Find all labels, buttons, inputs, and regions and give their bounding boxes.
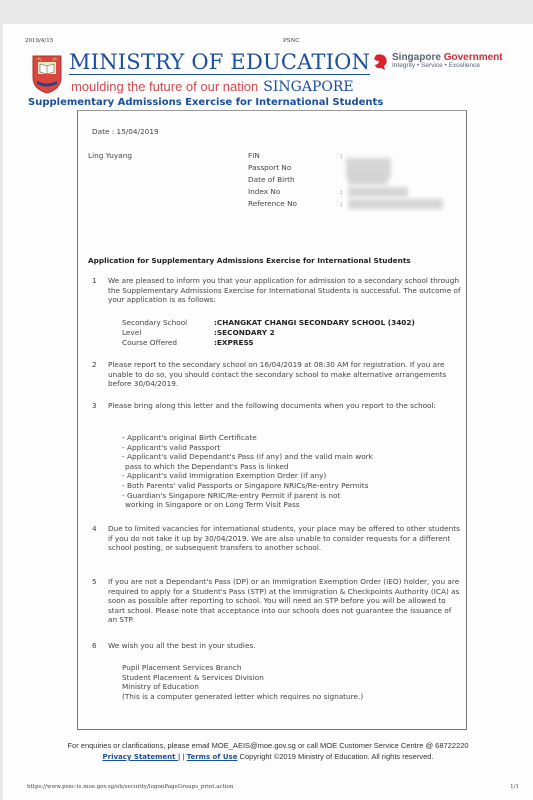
field-index: Index No <box>248 187 297 199</box>
copyright-text: Copyright ©2019 Ministry of Education. A… <box>240 752 434 761</box>
merlion-icon <box>373 53 389 71</box>
outcome-course: Course Offered:EXPRESS <box>122 338 415 348</box>
letter-box: Date : 15/04/2019 Ling Yuyang FIN Passpo… <box>77 110 467 730</box>
printed-page: 2019/4/15 PSNC MINISTRY OF EDUCATION mou… <box>3 24 533 800</box>
paragraph-6: 6 We wish you all the best in your studi… <box>92 641 462 651</box>
document-item: - Applicant's valid Passport <box>122 443 373 453</box>
page-number: 1/1 <box>510 784 519 790</box>
print-footer: https://www.psnc-is.moe.gov.sg/eb/securi… <box>27 784 519 790</box>
recipient-name: Ling Yuyang <box>88 151 132 161</box>
document-item: - Guardian's Singapore NRIC/Re-entry Per… <box>122 491 373 501</box>
moe-crest-icon <box>30 53 64 94</box>
document-item: - Both Parents' valid Passports or Singa… <box>122 481 373 491</box>
redacted-reference <box>348 199 443 209</box>
outcome-school: Secondary School:CHANGKAT CHANGI SECONDA… <box>122 318 415 328</box>
signoff: Pupil Placement Services Branch Student … <box>122 663 363 701</box>
outcome-level: Level:SECONDARY 2 <box>122 328 415 338</box>
singapore-government-logo: Singapore Government Integrity • Service… <box>392 52 503 69</box>
document-item: - Applicant's valid Dependant's Pass (if… <box>122 452 373 462</box>
document-item: working in Singapore or on Long Term Vis… <box>122 500 373 510</box>
letter-date: Date : 15/04/2019 <box>92 127 159 137</box>
document-item: pass to which the Dependant's Pass is li… <box>122 462 373 472</box>
paragraph-1: 1 We are pleased to inform you that your… <box>92 276 462 305</box>
paragraph-5: 5 If you are not a Dependant's Pass (DP)… <box>92 577 462 625</box>
print-date: 2019/4/15 <box>25 38 53 44</box>
page-title: Supplementary Admissions Exercise for In… <box>28 97 383 108</box>
moe-header: MINISTRY OF EDUCATION moulding the futur… <box>25 51 530 101</box>
field-colons: : : : <box>340 151 342 211</box>
field-fin: FIN <box>248 151 297 163</box>
privacy-statement-link[interactable]: Privacy Statement | <box>102 753 180 761</box>
redacted-dob <box>348 175 388 185</box>
print-title: PSNC <box>283 38 300 44</box>
terms-of-use-link[interactable]: Terms of Use <box>187 753 238 761</box>
paragraph-4: 4 Due to limited vacancies for internati… <box>92 524 462 553</box>
outcome-table: Secondary School:CHANGKAT CHANGI SECONDA… <box>122 318 415 348</box>
field-passport: Passport No <box>248 163 297 175</box>
paragraph-2: 2 Please report to the secondary school … <box>92 360 462 389</box>
application-heading: Application for Supplementary Admissions… <box>88 256 411 266</box>
field-reference: Reference No <box>248 199 297 211</box>
paragraph-3: 3 Please bring along this letter and the… <box>92 401 462 411</box>
redacted-index <box>348 187 408 197</box>
page-footer: For enquiries or clarifications, please … <box>3 740 533 763</box>
moe-title: MINISTRY OF EDUCATION <box>69 51 370 75</box>
documents-list: - Applicant's original Birth Certificate… <box>122 433 373 510</box>
field-labels: FIN Passport No Date of Birth Index No R… <box>248 151 297 211</box>
enquiry-text: For enquiries or clarifications, please … <box>3 740 533 751</box>
print-url: https://www.psnc-is.moe.gov.sg/eb/securi… <box>27 784 233 790</box>
moe-tagline: moulding the future of our nation SINGAP… <box>71 76 354 95</box>
document-item: - Applicant's original Birth Certificate <box>122 433 373 443</box>
document-item: - Applicant's valid Immigration Exemptio… <box>122 471 373 481</box>
field-dob: Date of Birth <box>248 175 297 187</box>
